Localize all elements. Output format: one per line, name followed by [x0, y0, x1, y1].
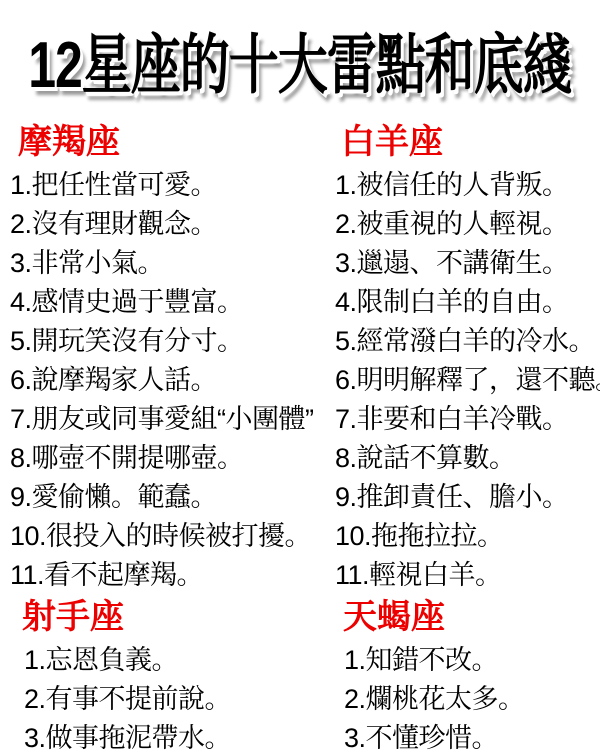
section-header-aries: 白羊座: [341, 124, 600, 160]
list-item: 11.輕視白羊。: [335, 556, 600, 595]
section-sagittarius: 射手座 1.忘恩負義。2.有事不提前說。3.做事拖泥帶水。: [10, 599, 335, 750]
section-scorpio: 天蝎座 1.知錯不改。2.爛桃花太多。3.不懂珍惜。: [335, 599, 600, 750]
section-aries: 白羊座 1.被信任的人背叛。2.被重視的人輕視。3.邋遢、不講衛生。4.限制白羊…: [335, 124, 600, 595]
list-item: 10.拖拖拉拉。: [335, 517, 600, 556]
list-item: 7.非要和白羊冷戰。: [335, 400, 600, 439]
list-item: 4.感情史過于豐富。: [10, 283, 335, 322]
content-columns: 摩羯座 1.把任性當可愛。2.沒有理財觀念。3.非常小氣。4.感情史過于豐富。5…: [0, 124, 600, 750]
page-title: 12星座的十大雷點和底綫: [0, 0, 600, 101]
list-item: 6.明明解釋了，還不聽。: [335, 361, 600, 400]
section-list-scorpio: 1.知錯不改。2.爛桃花太多。3.不懂珍惜。: [335, 641, 600, 750]
list-item: 8.說話不算數。: [335, 439, 600, 478]
list-item: 9.愛偷懶。範蠢。: [10, 478, 335, 517]
section-header-capricorn: 摩羯座: [18, 124, 335, 160]
list-item: 2.爛桃花太多。: [344, 680, 600, 719]
section-list-sagittarius: 1.忘恩負義。2.有事不提前說。3.做事拖泥帶水。: [10, 641, 335, 750]
list-item: 7.朋友或同事愛組“小團體”: [10, 400, 335, 439]
list-item: 6.說摩羯家人話。: [10, 361, 335, 400]
list-item: 10.很投入的時候被打擾。: [10, 517, 335, 556]
list-item: 1.把任性當可愛。: [10, 166, 335, 205]
list-item: 3.邋遢、不講衛生。: [335, 244, 600, 283]
section-capricorn: 摩羯座 1.把任性當可愛。2.沒有理財觀念。3.非常小氣。4.感情史過于豐富。5…: [10, 124, 335, 595]
section-list-aries: 1.被信任的人背叛。2.被重視的人輕視。3.邋遢、不講衛生。4.限制白羊的自由。…: [335, 166, 600, 595]
list-item: 3.不懂珍惜。: [344, 719, 600, 750]
section-header-scorpio: 天蝎座: [343, 599, 600, 635]
list-item: 5.開玩笑沒有分寸。: [10, 322, 335, 361]
right-column: 白羊座 1.被信任的人背叛。2.被重視的人輕視。3.邋遢、不講衛生。4.限制白羊…: [335, 124, 600, 750]
list-item: 4.限制白羊的自由。: [335, 283, 600, 322]
list-item: 1.忘恩負義。: [24, 641, 335, 680]
left-column: 摩羯座 1.把任性當可愛。2.沒有理財觀念。3.非常小氣。4.感情史過于豐富。5…: [10, 124, 335, 750]
list-item: 1.被信任的人背叛。: [335, 166, 600, 205]
list-item: 2.有事不提前說。: [24, 680, 335, 719]
list-item: 11.看不起摩羯。: [10, 556, 335, 595]
list-item: 9.推卸責任、膽小。: [335, 478, 600, 517]
list-item: 5.經常潑白羊的冷水。: [335, 322, 600, 361]
section-header-sagittarius: 射手座: [22, 599, 335, 635]
list-item: 2.沒有理財觀念。: [10, 205, 335, 244]
list-item: 3.非常小氣。: [10, 244, 335, 283]
section-list-capricorn: 1.把任性當可愛。2.沒有理財觀念。3.非常小氣。4.感情史過于豐富。5.開玩笑…: [10, 166, 335, 595]
list-item: 8.哪壺不開提哪壺。: [10, 439, 335, 478]
zodiac-poster: 12星座的十大雷點和底綫 摩羯座 1.把任性當可愛。2.沒有理財觀念。3.非常小…: [0, 0, 600, 750]
list-item: 2.被重視的人輕視。: [335, 205, 600, 244]
list-item: 1.知錯不改。: [344, 641, 600, 680]
list-item: 3.做事拖泥帶水。: [24, 719, 335, 750]
